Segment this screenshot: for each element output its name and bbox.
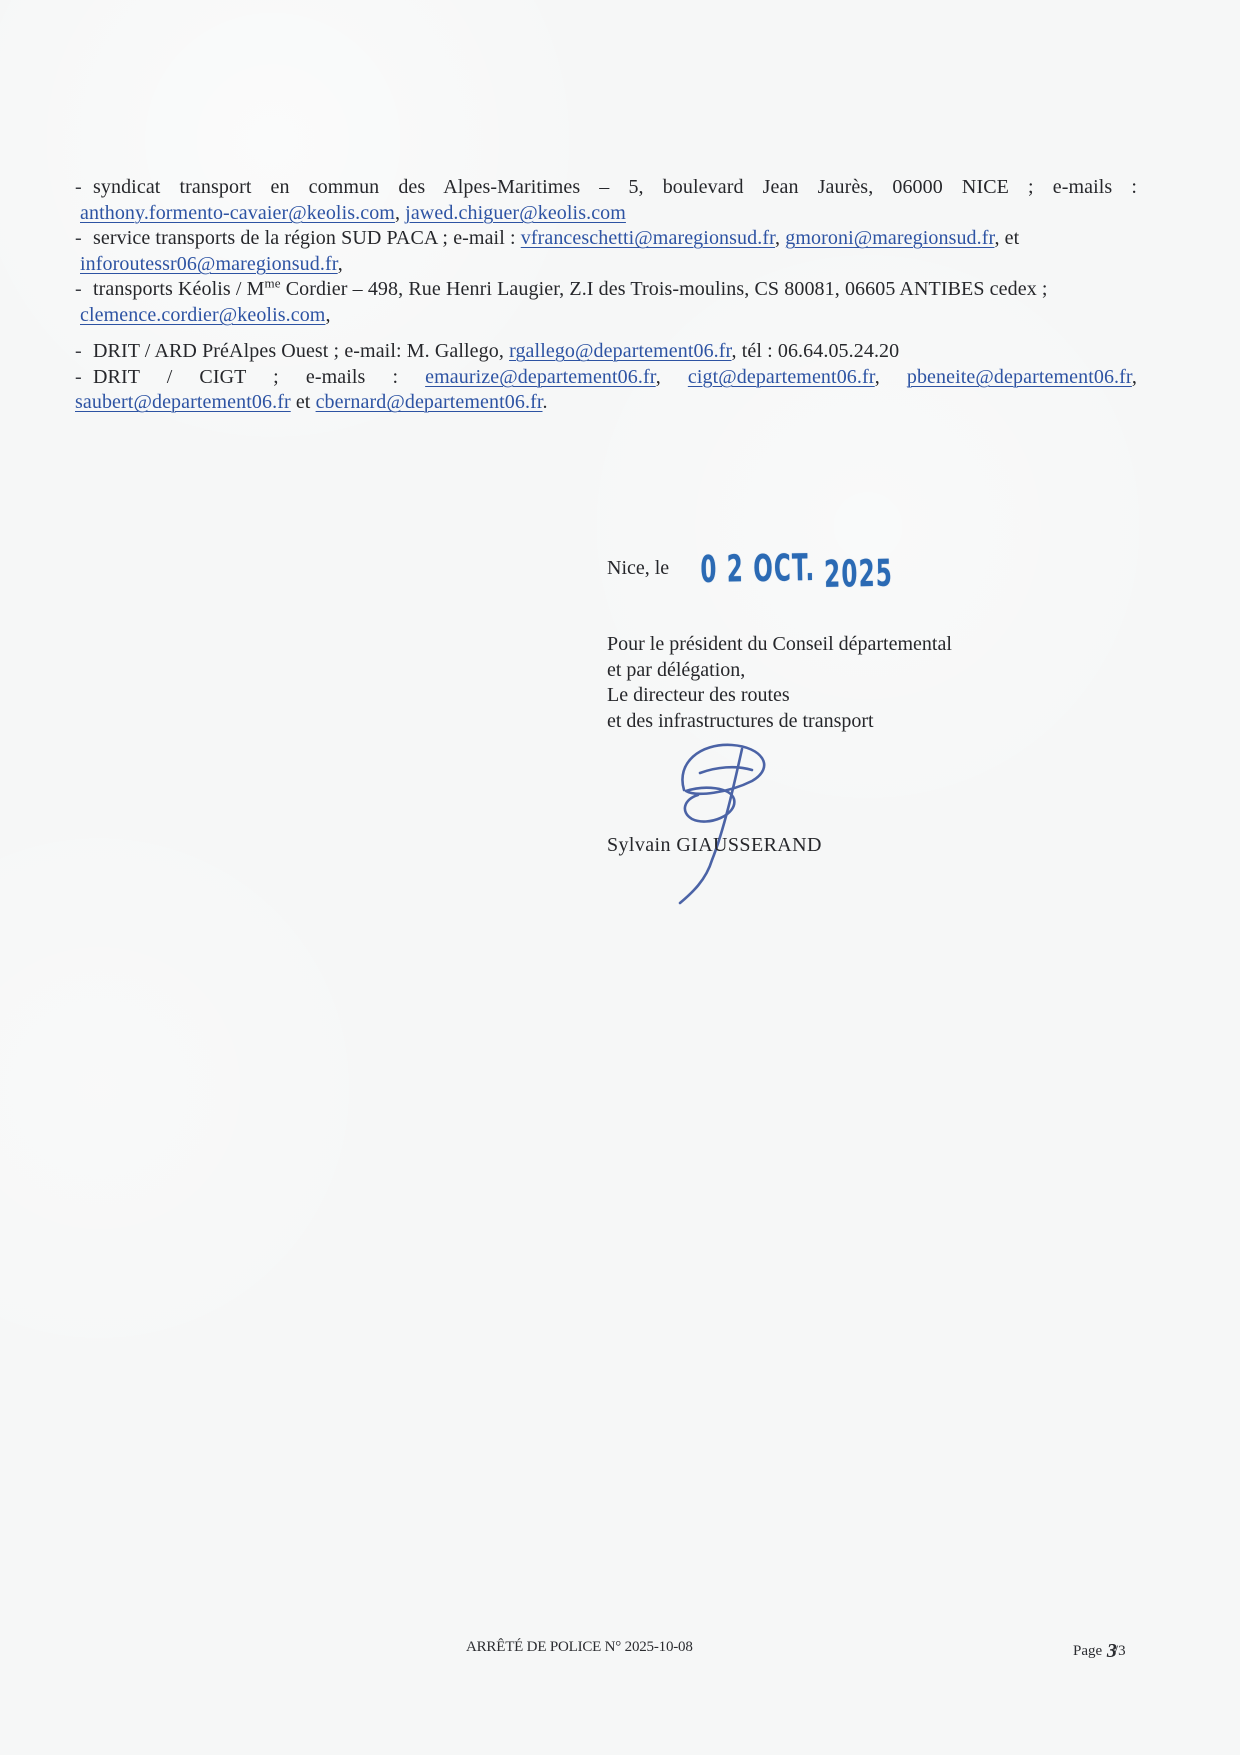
recipient-line: -DRIT / ARD PréAlpes Ouest ; e-mail: M. …: [75, 339, 1137, 365]
footer-doc-reference: ARRÊTÉ DE POLICE N° 2025-10-08: [466, 1639, 693, 1656]
recipient-line: inforoutessr06@maregionsud.fr,: [75, 252, 1137, 278]
recipient-text: ,: [338, 253, 343, 275]
email-link[interactable]: emaurize@departement06.fr: [425, 366, 656, 388]
footer-page-total: 3: [1118, 1643, 1126, 1659]
recipient-text: ,: [1132, 366, 1137, 388]
recipient-text: DRIT / ARD PréAlpes Ouest ; e-mail: M. G…: [93, 340, 509, 362]
bullet-dash: -: [75, 277, 93, 303]
superscript-text: me: [265, 275, 281, 290]
email-link[interactable]: anthony.formento-cavaier@keolis.com: [80, 202, 395, 224]
recipients-list: -syndicat transport en commun des Alpes-…: [75, 175, 1137, 416]
delegation-line: Pour le président du Conseil département…: [607, 632, 952, 658]
recipient-text: ,: [775, 227, 785, 249]
recipient-text: ,: [325, 304, 330, 326]
email-link[interactable]: jawed.chiguer@keolis.com: [405, 202, 626, 224]
recipient-text: , tél : 06.64.05.24.20: [732, 340, 900, 362]
date-stamp-day-month: 0 2 OCT.: [700, 546, 816, 591]
date-stamp-year: 2025: [824, 552, 894, 596]
recipient-text: et: [291, 391, 316, 413]
recipient-text: ,: [656, 366, 688, 388]
recipient-text: DRIT / CIGT ; e-mails :: [93, 366, 425, 388]
bullet-dash: -: [75, 365, 93, 391]
recipient-line: -syndicat transport en commun des Alpes-…: [75, 175, 1137, 201]
email-link[interactable]: cbernard@departement06.fr: [316, 391, 543, 413]
bullet-dash: -: [75, 226, 93, 252]
bullet-dash: -: [75, 175, 93, 201]
signer-name: Sylvain GIAUSSERAND: [607, 834, 822, 857]
email-link[interactable]: vfranceschetti@maregionsud.fr: [521, 227, 775, 249]
email-link[interactable]: rgallego@departement06.fr: [509, 340, 731, 362]
bullet-dash: -: [75, 339, 93, 365]
recipient-text: service transports de la région SUD PACA…: [93, 227, 521, 249]
recipient-line: -transports Kéolis / Mme Cordier – 498, …: [75, 277, 1137, 303]
email-link[interactable]: saubert@departement06.fr: [75, 391, 291, 413]
recipient-text: syndicat transport en commun des Alpes-M…: [93, 176, 1137, 198]
footer-page-label: Page: [1073, 1643, 1106, 1659]
email-link[interactable]: pbeneite@departement06.fr: [907, 366, 1132, 388]
delegation-line: Le directeur des routes: [607, 683, 952, 709]
delegation-block: Pour le président du Conseil département…: [607, 632, 952, 734]
recipient-text: Cordier – 498, Rue Henri Laugier, Z.I de…: [281, 278, 1048, 300]
recipient-line: -service transports de la région SUD PAC…: [75, 226, 1137, 252]
email-link[interactable]: gmoroni@maregionsud.fr: [785, 227, 994, 249]
recipient-text: transports Kéolis / M: [93, 278, 265, 300]
recipient-text: ,: [395, 202, 405, 224]
footer-page-indicator: Page 3/3: [1073, 1638, 1126, 1661]
place-label: Nice, le: [607, 557, 669, 580]
document-page: -syndicat transport en commun des Alpes-…: [0, 0, 1240, 1755]
delegation-line: et par délégation,: [607, 658, 952, 684]
email-link[interactable]: clemence.cordier@keolis.com: [80, 304, 325, 326]
recipient-line: -DRIT / CIGT ; e-mails : emaurize@depart…: [75, 365, 1137, 391]
date-stamp: 0 2 OCT.2025: [700, 545, 893, 591]
recipient-text: , et: [994, 227, 1019, 249]
email-link[interactable]: cigt@departement06.fr: [688, 366, 875, 388]
signature-scribble-icon: [640, 735, 800, 910]
recipient-line: saubert@departement06.fr et cbernard@dep…: [75, 390, 1137, 416]
recipient-text: ,: [875, 366, 907, 388]
recipient-text: .: [543, 391, 548, 413]
delegation-line: et des infrastructures de transport: [607, 709, 952, 735]
recipient-line: clemence.cordier@keolis.com,: [75, 303, 1137, 329]
footer-page-current: 3: [1107, 1640, 1117, 1663]
email-link[interactable]: inforoutessr06@maregionsud.fr: [80, 253, 338, 275]
recipient-line: anthony.formento-cavaier@keolis.com, jaw…: [75, 201, 1137, 227]
